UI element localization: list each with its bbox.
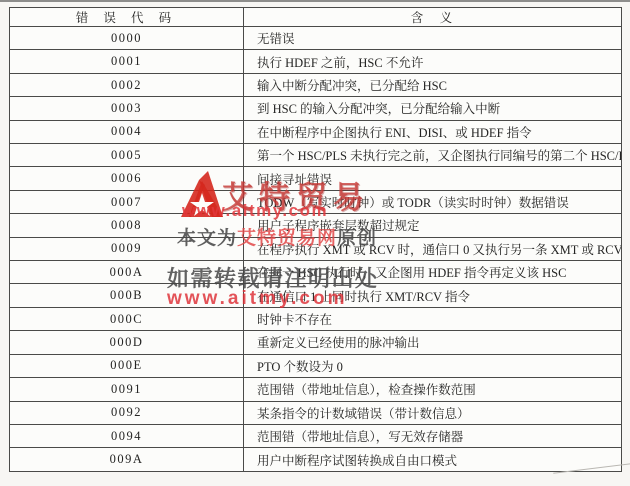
error-code-cell: 0007 bbox=[10, 190, 244, 213]
error-meaning-cell: 无错误 bbox=[244, 27, 622, 50]
table-row: 0009在程序执行 XMT 或 RCV 时，通信口 0 又执行另一条 XMT 或… bbox=[10, 237, 622, 260]
error-code-cell: 000E bbox=[10, 354, 244, 377]
error-meaning-cell: 范围错（带地址信息），检查操作数范围 bbox=[244, 378, 622, 401]
error-code-cell: 0006 bbox=[10, 167, 244, 190]
error-code-cell: 0000 bbox=[10, 27, 244, 50]
table-row: 0006间接寻址错误 bbox=[10, 167, 622, 190]
table-row: 0092某条指令的计数域错误（带计数信息） bbox=[10, 401, 622, 424]
table-row: 000EPTO 个数设为 0 bbox=[10, 354, 622, 377]
table-row: 0008用户子程序嵌套层数超过规定 bbox=[10, 214, 622, 237]
error-meaning-cell: 时钟卡不存在 bbox=[244, 307, 622, 330]
table-row: 0091范围错（带地址信息），检查操作数范围 bbox=[10, 378, 622, 401]
error-code-cell: 0092 bbox=[10, 401, 244, 424]
table-row: 0004在中断程序中企图执行 ENI、DISI、或 HDEF 指令 bbox=[10, 120, 622, 143]
error-meaning-cell: 用户中断程序试图转换成自由口模式 bbox=[244, 448, 622, 472]
error-meaning-cell: 在程序执行 XMT 或 RCV 时，通信口 0 又执行另一条 XMT 或 RCV… bbox=[244, 237, 622, 260]
error-meaning-cell: TODW（写实时时钟）或 TODR（读实时时钟）数据错误 bbox=[244, 190, 622, 213]
error-code-cell: 000D bbox=[10, 331, 244, 354]
error-meaning-cell: 到 HSC 的输入分配冲突，已分配给输入中断 bbox=[244, 97, 622, 120]
error-code-cell: 0005 bbox=[10, 144, 244, 167]
error-meaning-cell: 用户子程序嵌套层数超过规定 bbox=[244, 214, 622, 237]
error-code-cell: 0091 bbox=[10, 378, 244, 401]
error-code-cell: 0094 bbox=[10, 424, 244, 447]
error-meaning-cell: 第一个 HSC/PLS 未执行完之前，又企图执行同编号的第二个 HSC/PLS bbox=[244, 144, 622, 167]
header-meaning: 含 义 bbox=[244, 8, 622, 27]
error-code-cell: 000A bbox=[10, 261, 244, 284]
error-code-cell: 0009 bbox=[10, 237, 244, 260]
error-meaning-cell: 重新定义已经使用的脉冲输出 bbox=[244, 331, 622, 354]
table-row: 0007TODW（写实时时钟）或 TODR（读实时时钟）数据错误 bbox=[10, 190, 622, 213]
error-meaning-cell: 某条指令的计数域错误（带计数信息） bbox=[244, 401, 622, 424]
table-row: 000B在通信口 1 上同时执行 XMT/RCV 指令 bbox=[10, 284, 622, 307]
table-row: 0003到 HSC 的输入分配冲突，已分配给输入中断 bbox=[10, 97, 622, 120]
error-code-table: 错 误 代 码 含 义 0000无错误0001执行 HDEF 之前，HSC 不允… bbox=[9, 7, 622, 472]
error-code-cell: 0002 bbox=[10, 73, 244, 96]
error-code-cell: 0008 bbox=[10, 214, 244, 237]
error-code-cell: 009A bbox=[10, 448, 244, 472]
scanned-document-page: { "table": { "headers": { "code": "错 误 代… bbox=[0, 0, 630, 486]
error-code-cell: 0004 bbox=[10, 120, 244, 143]
table-row: 000C时钟卡不存在 bbox=[10, 307, 622, 330]
error-meaning-cell: 在中断程序中企图执行 ENI、DISI、或 HDEF 指令 bbox=[244, 120, 622, 143]
error-meaning-cell: 执行 HDEF 之前，HSC 不允许 bbox=[244, 50, 622, 73]
error-code-cell: 000B bbox=[10, 284, 244, 307]
table-row: 0005第一个 HSC/PLS 未执行完之前，又企图执行同编号的第二个 HSC/… bbox=[10, 144, 622, 167]
table-row: 000D重新定义已经使用的脉冲输出 bbox=[10, 331, 622, 354]
error-code-cell: 0001 bbox=[10, 50, 244, 73]
table-row: 009A用户中断程序试图转换成自由口模式 bbox=[10, 448, 622, 472]
error-code-cell: 000C bbox=[10, 307, 244, 330]
table-row: 0094范围错（带地址信息），写无效存储器 bbox=[10, 424, 622, 447]
table-row: 000A在同一 HSC 执行时，又企图用 HDEF 指令再定义该 HSC bbox=[10, 261, 622, 284]
error-code-table-wrap: 错 误 代 码 含 义 0000无错误0001执行 HDEF 之前，HSC 不允… bbox=[9, 7, 622, 472]
error-meaning-cell: 范围错（带地址信息），写无效存储器 bbox=[244, 424, 622, 447]
error-meaning-cell: 输入中断分配冲突，已分配给 HSC bbox=[244, 73, 622, 96]
header-error-code: 错 误 代 码 bbox=[10, 8, 244, 27]
error-meaning-cell: 在同一 HSC 执行时，又企图用 HDEF 指令再定义该 HSC bbox=[244, 261, 622, 284]
error-table-body: 0000无错误0001执行 HDEF 之前，HSC 不允许0002输入中断分配冲… bbox=[10, 27, 622, 472]
error-meaning-cell: PTO 个数设为 0 bbox=[244, 354, 622, 377]
scan-top-edge-artifact bbox=[0, 0, 630, 2]
error-meaning-cell: 间接寻址错误 bbox=[244, 167, 622, 190]
table-row: 0001执行 HDEF 之前，HSC 不允许 bbox=[10, 50, 622, 73]
table-header-row: 错 误 代 码 含 义 bbox=[10, 8, 622, 27]
error-meaning-cell: 在通信口 1 上同时执行 XMT/RCV 指令 bbox=[244, 284, 622, 307]
table-row: 0000无错误 bbox=[10, 27, 622, 50]
table-row: 0002输入中断分配冲突，已分配给 HSC bbox=[10, 73, 622, 96]
error-code-cell: 0003 bbox=[10, 97, 244, 120]
